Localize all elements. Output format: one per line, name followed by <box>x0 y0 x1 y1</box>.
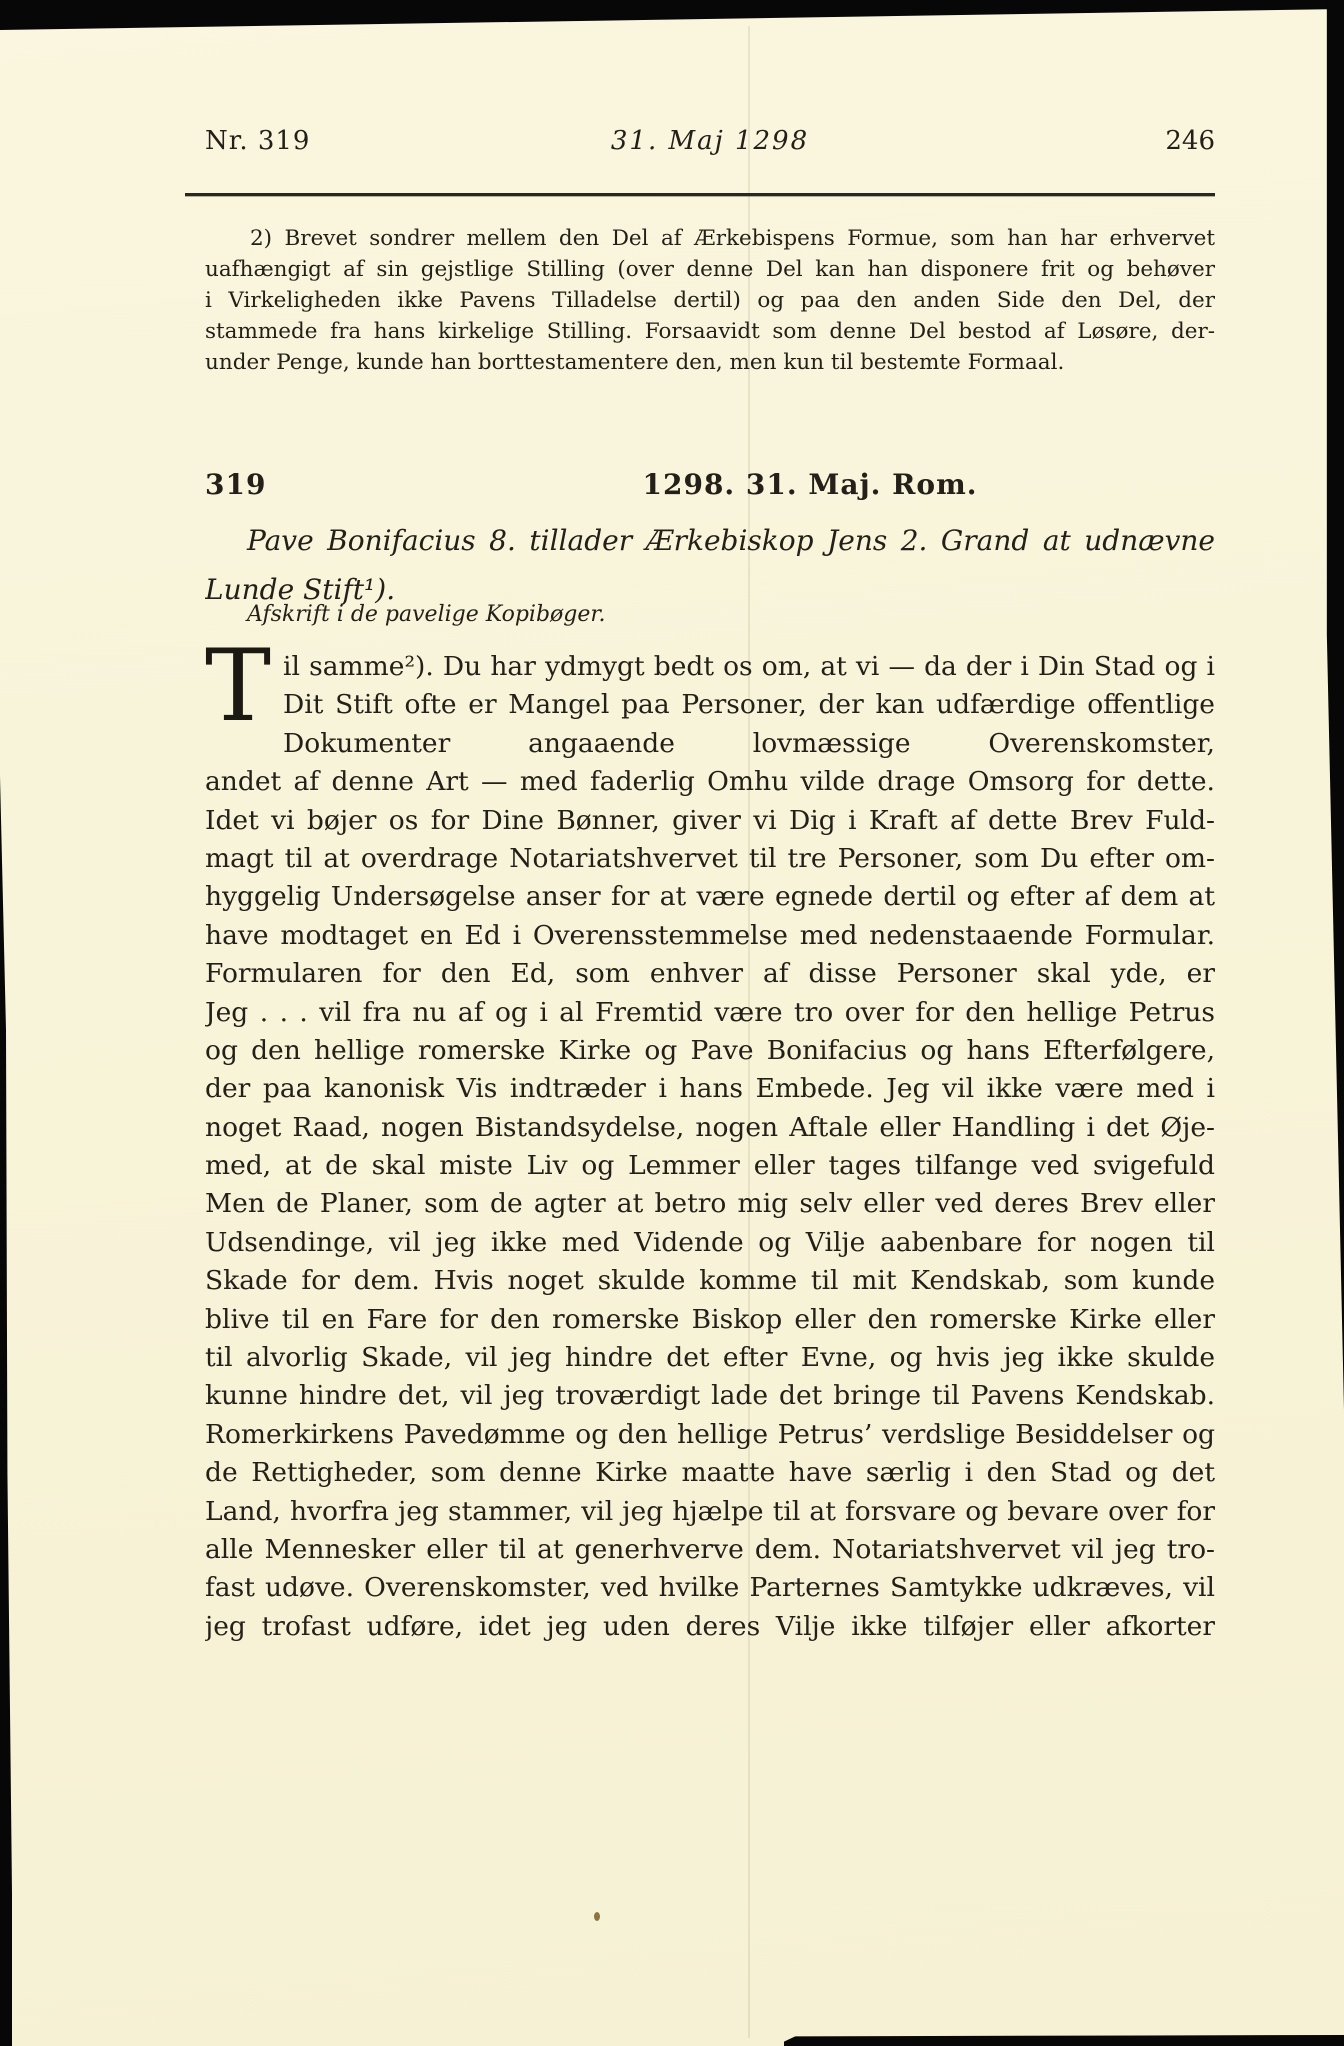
text-column: Nr. 319 31. Maj 1298 246 2) Brevet sondr… <box>205 0 1215 2046</box>
body-line: Jeg . . . vil fra nu af og i al Fremtid … <box>205 994 1215 1032</box>
entry-heading: 319 1298. 31. Maj. Rom. <box>205 468 1215 501</box>
body-line: der paa kanonisk Vis indtræder i hans Em… <box>205 1070 1215 1108</box>
body-line: jeg trofast udføre, idet jeg uden deres … <box>205 1608 1215 1646</box>
body-line: alle Mennesker eller til at generhverve … <box>205 1531 1215 1569</box>
body-text: T il samme²). Du har ydmygt bedt os om, … <box>205 648 1215 1646</box>
source-note: Afskrift i de pavelige Kopibøger. <box>247 602 605 627</box>
header-rule <box>185 193 1215 196</box>
footnote-line: under Penge, kunde han borttestamentere … <box>205 347 1215 378</box>
body-line: have modtaget en Ed i Overensstemmelse m… <box>205 917 1215 955</box>
footnote-line: stammede fra hans kirkelige Stilling. Fo… <box>205 316 1215 347</box>
body-line: Skade for dem. Hvis noget skulde komme t… <box>205 1262 1215 1300</box>
entry-summary: Pave Bonifacius 8. tillader Ærkebiskop J… <box>205 516 1215 614</box>
body-line: il samme²). Du har ydmygt bedt os om, at… <box>283 648 1215 686</box>
drop-cap: T <box>205 648 283 726</box>
running-header: Nr. 319 31. Maj 1298 246 <box>205 126 1215 156</box>
body-line: hyggelig Undersøgelse anser for at være … <box>205 878 1215 916</box>
scan-edge-left <box>0 776 12 2046</box>
header-page-number: 246 <box>1015 126 1215 156</box>
footnote-line: uafhængigt af sin gejstlige Stilling (ov… <box>205 254 1215 285</box>
body-line: Dokumenter angaaende lovmæssige Overensk… <box>283 725 1215 763</box>
body-line: Romerkirkens Pavedømme og den hellige Pe… <box>205 1416 1215 1454</box>
footnote-paragraph: 2) Brevet sondrer mellem den Del af Ærke… <box>205 223 1215 378</box>
header-issue-number: Nr. 319 <box>205 126 405 156</box>
body-line: noget Raad, nogen Bistandsydelse, nogen … <box>205 1109 1215 1147</box>
body-line: magt til at overdrage Notariatshvervet t… <box>205 840 1215 878</box>
body-line: de Rettigheder, som denne Kirke maatte h… <box>205 1454 1215 1492</box>
body-line: Land, hvorfra jeg stammer, vil jeg hjælp… <box>205 1493 1215 1531</box>
entry-dateline: 1298. 31. Maj. Rom. <box>245 468 1215 501</box>
body-line: Formularen for den Ed, som enhver af dis… <box>205 955 1215 993</box>
footnote-line: 2) Brevet sondrer mellem den Del af Ærke… <box>205 223 1215 254</box>
body-line: blive til en Fare for den romerske Bisko… <box>205 1301 1215 1339</box>
summary-line: Pave Bonifacius 8. tillader Ærkebiskop J… <box>205 516 1215 565</box>
header-date: 31. Maj 1298 <box>405 126 1015 156</box>
body-line: med, at de skal miste Liv og Lemmer elle… <box>205 1147 1215 1185</box>
body-line: kunne hindre det, vil jeg troværdigt lad… <box>205 1377 1215 1415</box>
body-line: Dit Stift ofte er Mangel paa Personer, d… <box>283 686 1215 724</box>
body-line: og den hellige romerske Kirke og Pave Bo… <box>205 1032 1215 1070</box>
scanned-book-page: Nr. 319 31. Maj 1298 246 2) Brevet sondr… <box>0 0 1344 2046</box>
body-line: fast udøve. Overenskomster, ved hvilke P… <box>205 1569 1215 1607</box>
scan-edge-right <box>1322 0 1344 1410</box>
footnote-line: i Virkeligheden ikke Pavens Tilladelse d… <box>205 285 1215 316</box>
body-line: til alvorlig Skade, vil jeg hindre det e… <box>205 1339 1215 1377</box>
body-line: Idet vi bøjer os for Dine Bønner, giver … <box>205 802 1215 840</box>
body-line: Udsendinge, vil jeg ikke med Vidende og … <box>205 1224 1215 1262</box>
body-line: andet af denne Art — med faderlig Omhu v… <box>205 763 1215 801</box>
body-line: Men de Planer, som de agter at betro mig… <box>205 1185 1215 1223</box>
